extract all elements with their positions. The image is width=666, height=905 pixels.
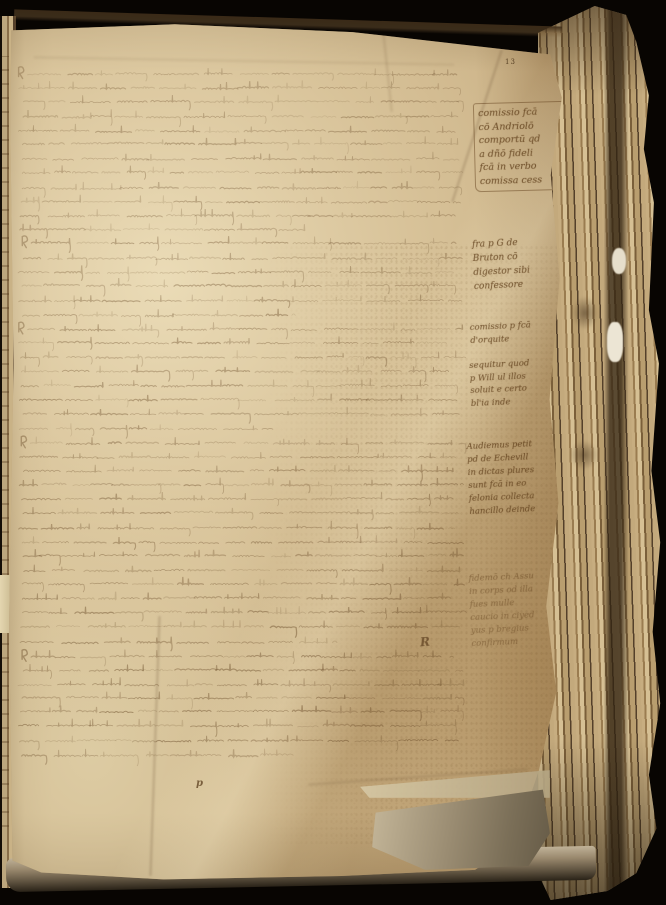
flourish-mark: R (420, 635, 431, 650)
gutter-ink-flecks (2, 56, 9, 836)
fore-edge-ink-smudge (572, 296, 598, 330)
parchment-page: 13 comissio fcā cō Andriolō comportū qd … (8, 20, 564, 882)
marginal-note: Audiemus petit pd de Echevill in dictas … (466, 437, 561, 519)
manuscript-photo: 13 comissio fcā cō Andriolō comportū qd … (0, 0, 666, 905)
foot-mark: p (196, 778, 203, 789)
torn-paper-patch (607, 322, 623, 362)
marginal-note: sequitur quod p Will ul illos soluit e c… (469, 356, 563, 410)
marginal-note: fra p G de Bruton cō digestor sibi confe… (472, 234, 566, 294)
fore-edge-page-stack (538, 6, 664, 900)
fore-edge-ink-smudge (570, 440, 598, 470)
marginal-note: comissio p fcā d'orquite (469, 318, 562, 347)
torn-paper-patch (612, 248, 626, 274)
folio-number: 13 (505, 58, 516, 66)
